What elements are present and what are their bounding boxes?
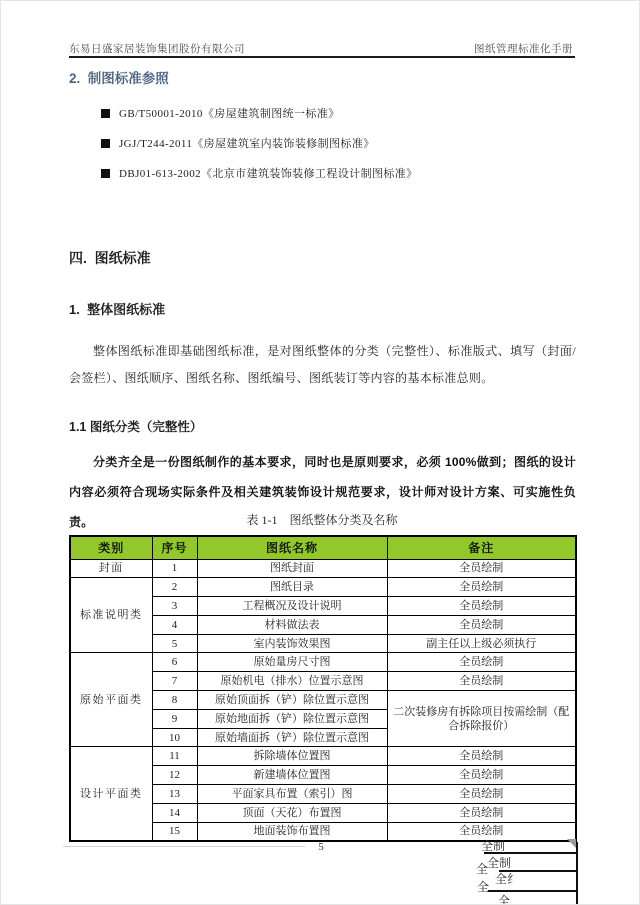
header-company-name: 东易日盛家居装饰集团股份有限公司 [69,41,245,56]
artifact-text: 全 [477,878,489,895]
remark-cell: 全员绘制 [387,747,576,766]
table-row: 原始平面类6原始量房尺寸图全员绘制 [70,653,576,672]
drawing-name-cell: 平面家具布置（索引）图 [197,785,387,804]
remark-cell: 全员绘制 [387,559,576,578]
remark-cell: 全员绘制 [387,803,576,822]
header-rule [69,56,575,58]
serial-cell: 3 [152,597,197,616]
table-row: 设计平面类11拆除墙体位置图全员绘制 [70,747,576,766]
subsection-1-1-heading: 1.1 图纸分类（完整性） [69,417,202,435]
standard-item-text: DBJ01-613-2002《北京市建筑装饰装修工程设计制图标准》 [119,165,418,181]
header-cell-category: 类别 [70,536,152,559]
remark-cell: 全员绘制 [387,672,576,691]
artifact-text: 全制 [481,837,505,854]
table-row: 封面1图纸封面全员绘制 [70,559,576,578]
serial-cell: 9 [152,709,197,728]
drawing-name-cell: 图纸封面 [197,559,387,578]
serial-cell: 11 [152,747,197,766]
bullet-square-icon [101,169,110,178]
artifact-triangle [567,839,576,848]
serial-cell: 14 [152,803,197,822]
artifact-text: 全 [498,892,510,905]
remark-cell: 全员绘制 [387,615,576,634]
header-manual-title: 图纸管理标准化手册 [474,41,573,56]
drawing-name-cell: 工程概况及设计说明 [197,597,387,616]
serial-cell: 12 [152,766,197,785]
header-cell-name: 图纸名称 [197,536,387,559]
table-header-row: 类别 序号 图纸名称 备注 [70,536,576,559]
remark-cell: 全员绘制 [387,597,576,616]
artifact-text: 全制 [487,854,511,871]
serial-cell: 7 [152,672,197,691]
drawing-name-cell: 室内装饰效果图 [197,634,387,653]
drawing-name-cell: 拆除墙体位置图 [197,747,387,766]
drawing-name-cell: 原始量房尺寸图 [197,653,387,672]
bullet-square-icon [101,109,110,118]
serial-cell: 15 [152,822,197,841]
subsection-1-heading: 1. 整体图纸标准 [69,299,165,318]
drawing-name-cell: 原始墙面拆（铲）除位置示意图 [197,728,387,747]
header-cell-serial: 序号 [152,536,197,559]
section-2-heading: 2. 制图标准参照 [69,67,169,87]
category-cell: 设计平面类 [70,747,152,841]
standards-list: GB/T50001-2010《房屋建筑制图统一标准》 JGJ/T244-2011… [101,104,571,194]
remark-cell: 二次装修房有拆除项目按需绘制（配合拆除报价） [387,691,576,747]
drawing-name-cell: 材料做法表 [197,615,387,634]
remark-cell: 全员绘制 [387,785,576,804]
artifact-text: 全 [476,860,488,877]
serial-cell: 13 [152,785,197,804]
drawing-name-cell: 原始机电（排水）位置示意图 [197,672,387,691]
standard-item-text: JGJ/T244-2011《房屋建筑室内装饰装修制图标准》 [119,135,375,151]
remark-cell: 全员绘制 [387,766,576,785]
bullet-square-icon [101,139,110,148]
remark-cell: 副主任以上级必须执行 [387,634,576,653]
serial-cell: 4 [152,615,197,634]
serial-cell: 1 [152,559,197,578]
serial-cell: 10 [152,728,197,747]
artifact-text: 全纟 [495,870,519,887]
category-cell: 封面 [70,559,152,578]
drawing-name-cell: 原始顶面拆（铲）除位置示意图 [197,691,387,710]
drawing-name-cell: 新建墙体位置图 [197,766,387,785]
header-cell-remark: 备注 [387,536,576,559]
serial-cell: 2 [152,578,197,597]
classification-table-body: 封面1图纸封面全员绘制标准说明类2图纸目录全员绘制3工程概况及设计说明全员绘制4… [70,559,576,841]
overall-standard-paragraph: 整体图纸标准即基础图纸标准，是对图纸整体的分类（完整性）、标准版式、填写（封面/… [69,338,576,392]
serial-cell: 5 [152,634,197,653]
serial-cell: 6 [152,653,197,672]
classification-table: 类别 序号 图纸名称 备注 封面1图纸封面全员绘制标准说明类2图纸目录全员绘制3… [69,535,577,842]
drawing-name-cell: 顶面（天花）布置图 [197,803,387,822]
standard-item: JGJ/T244-2011《房屋建筑室内装饰装修制图标准》 [101,134,571,152]
document-page: 东易日盛家居装饰集团股份有限公司 图纸管理标准化手册 2. 制图标准参照 GB/… [0,0,640,905]
standard-item: DBJ01-613-2002《北京市建筑装饰装修工程设计制图标准》 [101,164,571,182]
category-cell: 原始平面类 [70,653,152,747]
drawing-name-cell: 地面装饰布置图 [197,822,387,841]
remark-cell: 全员绘制 [387,653,576,672]
remark-cell: 全员绘制 [387,578,576,597]
table-caption: 表 1-1 图纸整体分类及名称 [69,511,575,528]
standard-item-text: GB/T50001-2010《房屋建筑制图统一标准》 [119,105,340,121]
table-row: 标准说明类2图纸目录全员绘制 [70,578,576,597]
serial-cell: 8 [152,691,197,710]
drawing-name-cell: 图纸目录 [197,578,387,597]
section-4-heading: 四. 图纸标准 [69,248,151,268]
drawing-name-cell: 原始地面拆（铲）除位置示意图 [197,709,387,728]
standard-item: GB/T50001-2010《房屋建筑制图统一标准》 [101,104,571,122]
category-cell: 标准说明类 [70,578,152,653]
